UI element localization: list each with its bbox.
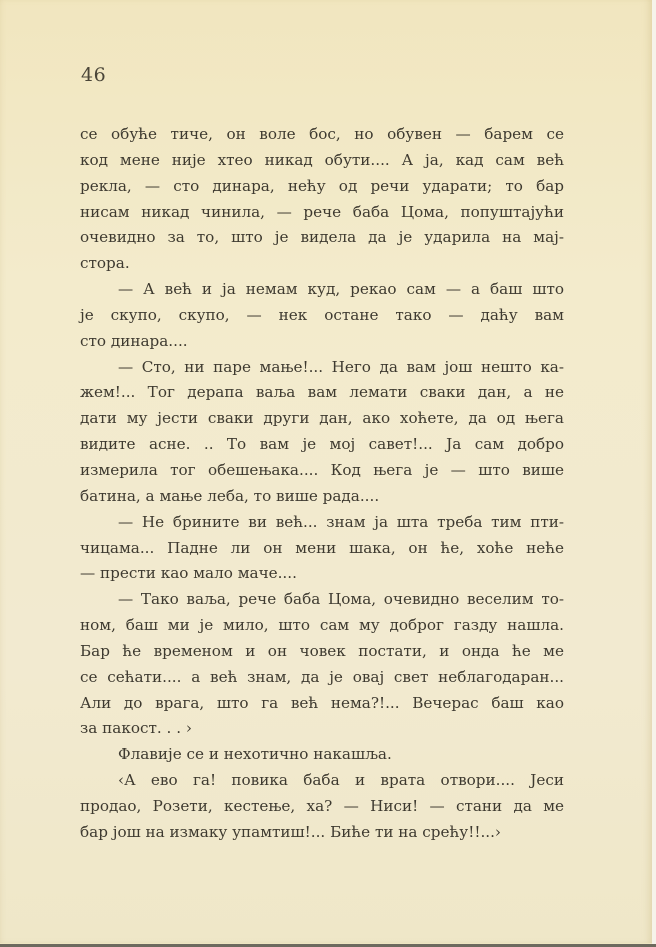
book-page: 46 се обуће тиче, он воле бос, но обувен… [0,0,652,943]
text-line: очевидно за то, што је видела да је удар… [80,225,564,251]
paragraph: — Сто, ни паре мање!... Него да вам још … [80,355,564,510]
paragraph: — Тако ваља, рече баба Цома, очевидно ве… [80,587,564,742]
text-line: жем!... Тог дерапа ваља вам лемати сваки… [80,380,564,406]
page-right-edge [652,0,656,947]
text-line: сто динара.... [80,329,564,355]
text-line: се обуће тиче, он воле бос, но обувен — … [80,122,564,148]
text-line: — прести као мало маче.... [80,561,564,587]
text-line: рекла, — сто динара, нећу од речи ударат… [80,174,564,200]
text-line: нисам никад чинила, — рече баба Цома, по… [80,200,564,226]
text-line: за пакост. . . › [80,716,564,742]
text-line: — Тако ваља, рече баба Цома, очевидно ве… [80,587,564,613]
text-line: — Не брините ви већ... знам ја шта треба… [80,510,564,536]
text-line: — Сто, ни паре мање!... Него да вам још … [80,355,564,381]
paragraph: ‹А ево га! повика баба и врата отвори...… [80,768,564,846]
text-line: ‹А ево га! повика баба и врата отвори...… [80,768,564,794]
text-line: стора. [80,251,564,277]
text-line: Бар ће временом и он човек постати, и он… [80,639,564,665]
text-line: дати му јести сваки други дан, ако хоћет… [80,406,564,432]
text-line: ном, баш ми је мило, што сам му доброг г… [80,613,564,639]
text-line: продао, Розети, кестење, ха? — Ниси! — с… [80,794,564,820]
text-line: Али до врага, што га већ нема?!... Вечер… [80,691,564,717]
text-line: видите асне. .. То вам је мој савет!... … [80,432,564,458]
text-line: — А већ и ја немам куд, рекао сам — а ба… [80,277,564,303]
text-line: се сећати.... а већ знам, да је овај све… [80,665,564,691]
text-line: код мене није хтео никад обути.... А ја,… [80,148,564,174]
text-line: чицама... Падне ли он мени шака, он ће, … [80,536,564,562]
text-line: бар још на измаку упамтиш!... Биће ти на… [80,820,564,846]
page-body-text: се обуће тиче, он воле бос, но обувен — … [80,122,564,846]
paragraph: Флавије се и нехотично накашља. [80,742,564,768]
text-line: Флавије се и нехотично накашља. [80,742,564,768]
page-number: 46 [81,64,106,86]
paragraph: се обуће тиче, он воле бос, но обувен — … [80,122,564,277]
text-line: батина, а мање леба, то више рада.... [80,484,564,510]
paragraph: — А већ и ја немам куд, рекао сам — а ба… [80,277,564,355]
text-line: измерила тог обешењака.... Код њега је —… [80,458,564,484]
text-line: је скупо, скупо, — нек остане тако — даћ… [80,303,564,329]
paragraph: — Не брините ви већ... знам ја шта треба… [80,510,564,588]
